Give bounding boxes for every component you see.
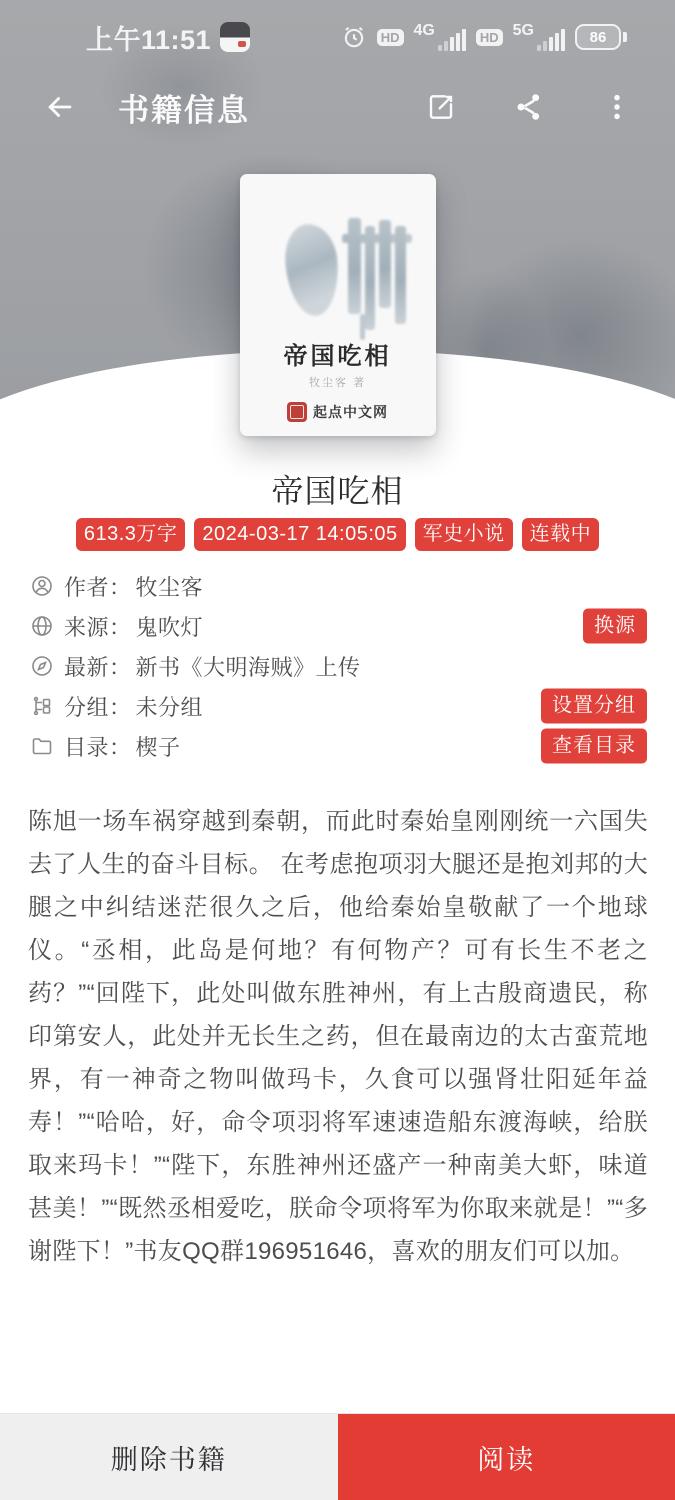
status-badge: 连载中: [522, 518, 600, 551]
bottom-action-bar: 删除书籍 阅读: [0, 1413, 675, 1500]
share-icon[interactable]: [509, 87, 549, 127]
alarm-icon: [341, 24, 367, 50]
publisher-row: 起点中文网: [240, 402, 436, 422]
delete-book-button[interactable]: 删除书籍: [0, 1414, 338, 1500]
network-type-label: 5G: [513, 23, 534, 39]
group-row: 分组： 未分组 设置分组: [30, 686, 647, 726]
book-info-screen: 上午11:51 HD 4G HD 5G: [0, 0, 675, 1500]
source-value: 鬼吹灯: [136, 611, 204, 642]
hd-voice-icon: HD: [476, 29, 503, 46]
signal-bars-icon: [438, 29, 466, 51]
network-type-label: 4G: [414, 23, 435, 39]
app-bar: 书籍信息: [0, 78, 675, 136]
view-catalog-button[interactable]: 查看目录: [541, 729, 647, 764]
clock-time: 上午11:51: [86, 18, 211, 57]
set-group-button[interactable]: 设置分组: [541, 689, 647, 724]
publisher-seal-icon: [287, 402, 307, 422]
badge-row: 613.3万字 2024-03-17 14:05:05 军史小说 连载中: [0, 518, 675, 551]
source-row: 来源： 鬼吹灯 换源: [30, 606, 647, 646]
read-button[interactable]: 阅读: [338, 1414, 675, 1500]
category-badge: 军史小说: [415, 518, 513, 551]
source-label: 来源：: [64, 611, 132, 642]
change-source-button[interactable]: 换源: [583, 609, 647, 644]
book-cover: 帝国吃相 牧尘客 著 起点中文网: [240, 174, 436, 436]
compass-icon: [30, 654, 54, 678]
book-description: 陈旭一场车祸穿越到秦朝，而此时秦始皇刚刚统一六国失去了人生的奋斗目标。 在考虑抱…: [28, 800, 648, 1273]
status-bar: 上午11:51 HD 4G HD 5G: [0, 16, 675, 58]
hd-voice-icon: HD: [377, 29, 404, 46]
author-value: 牧尘客: [136, 571, 204, 602]
catalog-label: 目录：: [64, 731, 132, 762]
author-row: 作者： 牧尘客: [30, 566, 647, 606]
publisher-name: 起点中文网: [313, 402, 388, 422]
catalog-value: 楔子: [136, 731, 181, 762]
notification-app-icon: [220, 22, 250, 52]
status-right: HD 4G HD 5G 86: [341, 23, 627, 51]
cover-title: 帝国吃相: [240, 336, 436, 371]
author-label: 作者：: [64, 571, 132, 602]
latest-chapter-row: 最新： 新书《大明海贼》上传: [30, 646, 647, 686]
globe-icon: [30, 614, 54, 638]
group-icon: [30, 694, 54, 718]
word-count-badge: 613.3万字: [76, 518, 186, 551]
update-time-badge: 2024-03-17 14:05:05: [194, 518, 405, 551]
catalog-row: 目录： 楔子 查看目录: [30, 726, 647, 766]
group-value: 未分组: [136, 691, 204, 722]
back-button[interactable]: [38, 85, 82, 129]
cover-ink-art: [264, 196, 414, 331]
group-label: 分组：: [64, 691, 132, 722]
signal-5g: 5G: [513, 23, 565, 51]
latest-value: 新书《大明海贼》上传: [136, 651, 361, 682]
info-list: 作者： 牧尘客 来源： 鬼吹灯 换源 最新： 新书《大明海贼》上传: [30, 566, 647, 766]
signal-4g: 4G: [414, 23, 466, 51]
battery-icon: 86: [575, 24, 627, 50]
signal-bars-icon: [537, 29, 565, 51]
page-title: 书籍信息: [118, 85, 250, 130]
cover-author: 牧尘客 著: [240, 374, 436, 390]
status-left: 上午11:51: [86, 18, 250, 57]
edit-icon[interactable]: [421, 87, 461, 127]
folder-icon: [30, 734, 54, 758]
latest-label: 最新：: [64, 651, 132, 682]
user-circle-icon: [30, 574, 54, 598]
battery-percent: 86: [575, 24, 621, 50]
more-menu-icon[interactable]: [597, 87, 637, 127]
app-bar-actions: [421, 87, 637, 127]
book-title: 帝国吃相: [0, 466, 675, 512]
